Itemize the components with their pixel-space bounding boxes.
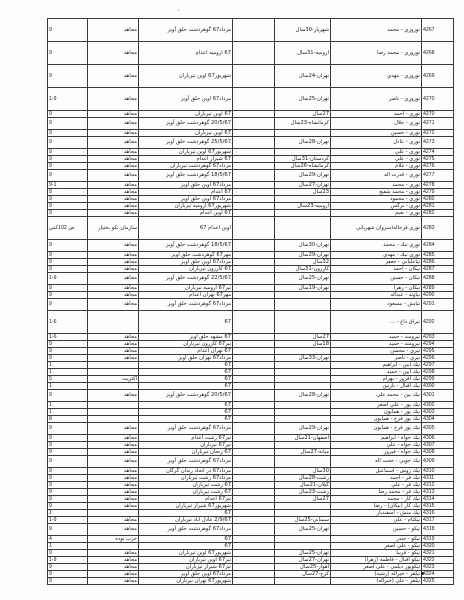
- event-date-place: مرداد67 گوهردشت حلق آويز: [139, 19, 233, 42]
- affiliation: مجاهد: [88, 578, 139, 585]
- event-date-place: تير67 اعدام: [139, 496, 233, 503]
- person-name: نيكو - علي اصغر: [331, 543, 422, 550]
- affiliation: مجاهد: [88, 19, 139, 42]
- event-date-place: 67 رشت تيرباران: [139, 489, 233, 496]
- event-date-place: مرداد67 اوين حلق آويز: [139, 259, 233, 266]
- person-name: نيك بين - محمد علي: [331, 390, 422, 402]
- code: 9: [48, 137, 88, 149]
- person-name: نيك پور - علي اصغر: [331, 402, 422, 409]
- person-name: نيكو - حسين: [331, 524, 422, 536]
- person-name: نيك كار - محمد: [331, 496, 422, 503]
- affiliation: مجاهد: [88, 111, 139, 118]
- event-date-place: تير67 كازرون تيرباران: [139, 341, 233, 348]
- affiliation: مجاهد: [88, 88, 139, 111]
- event-date-place: شهريور67 شيراز تيرباران: [139, 503, 233, 510]
- table-row: 4300نيك اقبال - نازنين671: [48, 383, 454, 390]
- blank-cell: [233, 503, 275, 510]
- person-name: نيري - ناصر: [331, 355, 422, 362]
- code: 9: [48, 240, 88, 252]
- row-number: 4312: [422, 482, 454, 489]
- row-number: 4278: [422, 182, 454, 189]
- affiliation: [88, 416, 139, 423]
- affiliation: مجاهد: [88, 163, 139, 170]
- person-name: نيك پور فرخ - همايون: [331, 423, 422, 435]
- affiliation: مجاهد: [88, 65, 139, 88]
- event-date-place: 67: [139, 510, 233, 517]
- ledger-table: 4267نوروزي - محمدشهريار-30سالمرداد67 گوه…: [47, 18, 454, 585]
- affiliation: [88, 409, 139, 416]
- person-name: نيك پور فرخ - همايون: [331, 416, 422, 423]
- event-date-place: مرداد67 گوهردشت حلق آويز: [139, 299, 233, 311]
- row-number: 4315: [422, 503, 454, 510]
- row-number: 4321: [422, 550, 454, 557]
- scan-speck: [178, 10, 179, 11]
- table-row: 4277نوري - قدرت الهتهران-29سال18/5/67 گو…: [48, 170, 454, 182]
- affiliation: مجاهد: [88, 118, 139, 130]
- birthplace-age: تهران-25سال: [275, 88, 331, 111]
- affiliation: مجاهد: [88, 442, 139, 449]
- person-name: نيلفر - خيراله (رشيد): [331, 571, 422, 578]
- affiliation: مجاهد: [88, 524, 139, 536]
- event-date-place: تير67 رشت اعدام: [139, 435, 233, 442]
- blank-cell: [233, 348, 275, 355]
- affiliation: مجاهد: [88, 468, 139, 475]
- code: 1: [48, 362, 88, 369]
- blank-cell: [233, 299, 275, 311]
- affiliation: مجاهد: [88, 355, 139, 362]
- row-number: 4285: [422, 252, 454, 259]
- blank-cell: [233, 578, 275, 585]
- blank-cell: [233, 311, 275, 334]
- birthplace-age: 18سال: [275, 341, 331, 348]
- row-number: 4307: [422, 442, 454, 449]
- row-number: 4294: [422, 341, 454, 348]
- affiliation: مجاهد: [88, 252, 139, 259]
- ledger-rows: 4267نوروزي - محمدشهريار-30سالمرداد67 گوه…: [48, 19, 454, 585]
- row-number: 4280: [422, 196, 454, 203]
- blank-cell: [233, 252, 275, 259]
- code: 9: [48, 259, 88, 266]
- person-name: نوري - غلام: [331, 163, 422, 170]
- birthplace-age: 27سال: [275, 496, 331, 503]
- affiliation: مجاهد: [88, 503, 139, 510]
- blank-cell: [233, 571, 275, 578]
- code: 9: [48, 111, 88, 118]
- affiliation: مجاهد: [88, 496, 139, 503]
- person-name: نياعلياني - جعفر: [331, 259, 422, 266]
- row-number: 4292: [422, 311, 454, 334]
- event-date-place: 67 شيراز اعدام: [139, 156, 233, 163]
- row-number: 4286: [422, 259, 454, 266]
- person-name: نيك خواه - ابراهيم: [331, 435, 422, 442]
- blank-cell: [233, 376, 275, 383]
- table-row: 4323نيكوپور ديلمي - علي اصغراهواز-25سالت…: [48, 564, 454, 571]
- row-number: 4299: [422, 376, 454, 383]
- code: 9: [48, 571, 88, 578]
- code: ص 102كس: [48, 217, 88, 240]
- birthplace-age: گيلان-21سال: [275, 482, 331, 489]
- row-number: 4268: [422, 42, 454, 65]
- row-number: 4324: [422, 571, 454, 578]
- birthplace-age: [275, 196, 331, 203]
- event-date-place: 67: [139, 416, 233, 423]
- person-name: نوروزي - محمد: [331, 19, 422, 42]
- row-number: 4301: [422, 390, 454, 402]
- person-name: نيكو - فريبا: [331, 550, 422, 557]
- affiliation: مجاهد: [88, 334, 139, 341]
- code: 9: [48, 285, 88, 292]
- row-number: 4308: [422, 449, 454, 456]
- table-row: 4291نيايش - مسعودمرداد67 گوهردشت حلق آوي…: [48, 299, 454, 311]
- affiliation: مجاهد: [88, 130, 139, 137]
- event-date-place: 67 اعدام: [139, 189, 233, 196]
- code: 1: [48, 409, 88, 416]
- person-name: نيك آيين - ابراهيم: [331, 362, 422, 369]
- page-mark: [421, 572, 424, 575]
- code: 1: [48, 543, 88, 550]
- birthplace-age: تهران-30سال: [275, 240, 331, 252]
- affiliation: مجاهد: [88, 203, 139, 210]
- blank-cell: [233, 536, 275, 543]
- birthplace-age: تهران-33سال: [275, 355, 331, 362]
- table-row: 4285نوري نيك - مهديتهران-29سالمهر67 گوهر…: [48, 252, 454, 259]
- blank-cell: [233, 334, 275, 341]
- affiliation: مجاهد: [88, 137, 139, 149]
- event-date-place: تير67 اروميه تيرباران: [139, 285, 233, 292]
- row-number: 4313: [422, 489, 454, 496]
- table-row: 4305نيك پور فرخ - همايونتهران-29سالمرداد…: [48, 423, 454, 435]
- row-number: 4271: [422, 118, 454, 130]
- event-date-place: شهريور67 تهران تيرباران: [139, 578, 233, 585]
- person-name: نيك منش - اسفنديار: [331, 510, 422, 517]
- table-row: 4287نيكان - احمدكازرون-31سال67 كازرون تي…: [48, 266, 454, 273]
- birthplace-age: تهران-28سال: [275, 390, 331, 402]
- row-number: 4284: [422, 240, 454, 252]
- birthplace-age: [275, 299, 331, 311]
- blank-cell: [233, 196, 275, 203]
- birthplace-age: [275, 416, 331, 423]
- affiliation: حزب توده: [88, 536, 139, 543]
- birthplace-age: 27سال: [275, 334, 331, 341]
- event-date-place: مرداد67 اوين حلق آويز: [139, 571, 233, 578]
- blank-cell: [233, 489, 275, 496]
- table-row: 4306نيك خواه - ابراهيماصفهان-21سالتير67 …: [48, 435, 454, 442]
- blank-cell: [233, 369, 275, 376]
- row-number: 4289: [422, 285, 454, 292]
- person-name: نوروزي - ناصر: [331, 88, 422, 111]
- row-number: 4273: [422, 137, 454, 149]
- affiliation: [88, 402, 139, 409]
- row-number: 4302: [422, 402, 454, 409]
- row-number: 4318: [422, 524, 454, 536]
- code: 9: [48, 423, 88, 435]
- blank-cell: [233, 564, 275, 571]
- event-date-place: شهريور67 اوين تيرباران: [139, 149, 233, 156]
- table-row: 4299نيك افروز - بهرام67اكثريت5: [48, 376, 454, 383]
- person-name: نيك آيين - حميد: [331, 369, 422, 376]
- affiliation: [88, 362, 139, 369]
- blank-cell: [233, 170, 275, 182]
- event-date-place: تير67 اوين تيرباران: [139, 557, 233, 564]
- affiliation: مجاهد: [88, 423, 139, 435]
- person-name: نيك اقبال - نازنين: [331, 383, 422, 390]
- row-number: 4300: [422, 383, 454, 390]
- code: 9: [48, 252, 88, 259]
- row-number: 4298: [422, 369, 454, 376]
- code: 1-6: [48, 311, 88, 334]
- blank-cell: [233, 423, 275, 435]
- person-name: نياوند - عبداله: [331, 292, 422, 299]
- blank-cell: [233, 19, 275, 42]
- row-number: 4303: [422, 409, 454, 416]
- row-number: 4304: [422, 416, 454, 423]
- code: 9: [48, 524, 88, 536]
- blank-cell: [233, 189, 275, 196]
- row-number: 4276: [422, 163, 454, 170]
- person-name: نيك افروز - بهرام: [331, 376, 422, 383]
- blank-cell: [233, 273, 275, 285]
- affiliation: مجاهد: [88, 210, 139, 217]
- code: 9: [48, 578, 88, 585]
- row-number: 4297: [422, 362, 454, 369]
- person-name: نوري - نعيم: [331, 210, 422, 217]
- table-row: 4276نوري - غلامكرمانشاه-26سالمرداد67 گوه…: [48, 163, 454, 170]
- blank-cell: [233, 156, 275, 163]
- code: 9: [48, 456, 88, 468]
- blank-cell: [233, 557, 275, 564]
- code: 9: [48, 355, 88, 362]
- birthplace-age: كردستان-31سال: [275, 156, 331, 163]
- code: 9: [48, 292, 88, 299]
- event-date-place: 2/9/67 عادل آباد تيرباران: [139, 517, 233, 524]
- person-name: نيك روش - اسماعيل: [331, 468, 422, 475]
- code: 9: [48, 163, 88, 170]
- event-date-place: مرداد67 گوهردشت تيرباران: [139, 163, 233, 170]
- blank-cell: [233, 118, 275, 130]
- row-number: 4322: [422, 557, 454, 564]
- blank-cell: [233, 203, 275, 210]
- event-date-place: مهر67 گوهردشت حلق آويز: [139, 252, 233, 259]
- person-name: نوري - محمد: [331, 182, 422, 189]
- code: 9: [48, 475, 88, 482]
- event-date-place: مهر67 تهران اعدام: [139, 292, 233, 299]
- row-number: 4295: [422, 348, 454, 355]
- event-date-place: 67 تهران اعدام: [139, 348, 233, 355]
- code: 9: [48, 196, 88, 203]
- table-row: 4269نوروزي - مهديتهران-24سالشهريور67 اوي…: [48, 65, 454, 88]
- row-number: 4290: [422, 292, 454, 299]
- person-name: نوري - عادل: [331, 137, 422, 149]
- table-row: 4282نوري - نعيم67 اوين اعداممجاهد9: [48, 210, 454, 217]
- table-row: 4279نوري - محمد شفيع23سال67 اعداممجاهد9: [48, 189, 454, 196]
- affiliation: مجاهد: [88, 266, 139, 273]
- code: 9: [48, 468, 88, 475]
- event-date-place: 67: [139, 311, 233, 334]
- row-number: 4305: [422, 423, 454, 435]
- row-number: 4291: [422, 299, 454, 311]
- birthplace-age: اصفهان-21سال: [275, 435, 331, 442]
- table-row: 4311نيك فر - احمدرشت-28سالمرداد67 رشت تي…: [48, 475, 454, 482]
- row-number: 4309: [422, 456, 454, 468]
- birthplace-age: رشت-23سال: [275, 489, 331, 496]
- event-date-place: 67 زنجان تيرباران: [139, 449, 233, 456]
- code: 9: [48, 550, 88, 557]
- person-name: نوري - جلال: [331, 118, 422, 130]
- event-date-place: 18/5/67 گوهردشت حلق آويز: [139, 240, 233, 252]
- blank-cell: [233, 456, 275, 468]
- affiliation: مجاهد: [88, 149, 139, 156]
- code: 9: [48, 19, 88, 42]
- person-name: نوري - علي: [331, 149, 422, 156]
- blank-cell: [233, 42, 275, 65]
- code: 9: [48, 266, 88, 273]
- birthplace-age: 32سال: [275, 259, 331, 266]
- row-number: 4277: [422, 170, 454, 182]
- code: 9: [48, 564, 88, 571]
- table-row: 4294نيرومند - حميد18سالتير67 كازرون تيرب…: [48, 341, 454, 348]
- person-name: نيكان - زهرا: [331, 285, 422, 292]
- affiliation: مجاهد: [88, 348, 139, 355]
- code: 9: [48, 341, 88, 348]
- row-number: 4319: [422, 536, 454, 543]
- person-name: نيك خواه - علي: [331, 442, 422, 449]
- affiliation: مجاهد: [88, 170, 139, 182]
- event-date-place: 67: [139, 409, 233, 416]
- row-number: 4325: [422, 578, 454, 585]
- blank-cell: [233, 482, 275, 489]
- event-date-place: شهريور67 اوين تيرباران: [139, 65, 233, 88]
- table-row: 4316نيك منش - اسفنديار671: [48, 510, 454, 517]
- affiliation: [88, 510, 139, 517]
- birthplace-age: [275, 376, 331, 383]
- code: 9-1: [48, 182, 88, 189]
- table-row: 4309نيك خويي - حجت الهمرداد67 گوهردشت حل…: [48, 456, 454, 468]
- birthplace-age: تهران-27سال: [275, 182, 331, 189]
- birthplace-age: 23سال: [275, 189, 331, 196]
- table-row: 4275نوري - عليكردستان-31سال67 شيراز اعدا…: [48, 156, 454, 163]
- person-name: نوري فرجاله(سروان شهرباني: [331, 217, 422, 240]
- code: 1: [48, 510, 88, 517]
- affiliation: مجاهد: [88, 240, 139, 252]
- birthplace-age: [275, 409, 331, 416]
- blank-cell: [233, 524, 275, 536]
- code: 9: [48, 203, 88, 210]
- blank-cell: [233, 259, 275, 266]
- code: 1: [48, 402, 88, 409]
- blank-cell: [233, 510, 275, 517]
- table-row: 4278نوري - محمدتهران-27سالمرداد67 اوين ح…: [48, 182, 454, 189]
- table-row: 4293نيرومند - حميد27سال67 مشهد حلق آويزم…: [48, 334, 454, 341]
- event-date-place: مرداد67 اوين حلق آويز: [139, 88, 233, 111]
- birthplace-age: [275, 543, 331, 550]
- row-number: 4282: [422, 210, 454, 217]
- event-date-place: 20/5/67 گوهردشت حلق آويز: [139, 118, 233, 130]
- affiliation: اكثريت: [88, 376, 139, 383]
- event-date-place: مرداد67 تهران حلق آويز: [139, 355, 233, 362]
- table-row: 4304نيك پور فرخ - همايون678: [48, 416, 454, 423]
- table-row: 4270نوري - احمد27سال67 اوين تيربارانمجاه…: [48, 111, 454, 118]
- birthplace-age: [275, 210, 331, 217]
- affiliation: [88, 369, 139, 376]
- row-number: 4267: [422, 19, 454, 42]
- code: 9: [48, 65, 88, 88]
- table-row: 4297نيك آيين - ابراهيم671: [48, 362, 454, 369]
- row-number: 4310: [422, 468, 454, 475]
- table-row: 4272نوري - حسين67 اوين تيربارانمجاهد9: [48, 130, 454, 137]
- table-row: 4295نيري - محسن67 تهران اعداممجاهد9: [48, 348, 454, 355]
- code: 1-9: [48, 557, 88, 564]
- event-date-place: 67: [139, 376, 233, 383]
- person-name: نوري - نرگس: [331, 203, 422, 210]
- affiliation: مجاهد: [88, 189, 139, 196]
- birthplace-age: [275, 292, 331, 299]
- code: 8: [48, 416, 88, 423]
- event-date-place: 22/5/67 گوهردشت حلق آويز: [139, 273, 233, 285]
- birthplace-age: تهران-19سال: [275, 285, 331, 292]
- blank-cell: [233, 111, 275, 118]
- code: 9: [48, 299, 88, 311]
- blank-cell: [233, 210, 275, 217]
- event-date-place: 67 كازرون تيرباران: [139, 266, 233, 273]
- blank-cell: [233, 517, 275, 524]
- blank-cell: [233, 149, 275, 156]
- row-number: 4272: [422, 130, 454, 137]
- person-name: نوري نيك - مهدي: [331, 252, 422, 259]
- code: 9: [48, 156, 88, 163]
- code: 9: [48, 442, 88, 449]
- person-name: نيكو اقبال - فاطمه (زهرا): [331, 557, 422, 564]
- person-name: نيلفر - علي (خيراله): [331, 578, 422, 585]
- table-row: 4284نوري نيك - محمدتهران-30سال18/5/67 گو…: [48, 240, 454, 252]
- birthplace-age: كرمانشاه-26سال: [275, 163, 331, 170]
- person-name: نيري - محسن: [331, 348, 422, 355]
- code: 9: [48, 482, 88, 489]
- birthplace-age: تهران-28سال: [275, 137, 331, 149]
- blank-cell: [233, 285, 275, 292]
- event-date-place: 67: [139, 402, 233, 409]
- affiliation: مجاهد: [88, 182, 139, 189]
- table-row: 4313نيك فر - محمد رضارشت-23سال67 رشت تير…: [48, 489, 454, 496]
- affiliation: مجاهد: [88, 42, 139, 65]
- person-name: نيكان - حسين: [331, 273, 422, 285]
- event-date-place: 67 اوين تيرباران: [139, 130, 233, 137]
- birthplace-age: [275, 510, 331, 517]
- table-row: 4317نيكنام - عليسمناني-25سال2/9/67 عادل …: [48, 517, 454, 524]
- birthplace-age: [275, 311, 331, 334]
- event-date-place: 20/5/67 گوهردشت حلق آويز: [139, 390, 233, 402]
- affiliation: مجاهد: [88, 259, 139, 266]
- table-row: 4310نيك روش - اسماعيل30سالمرداد67 در اتح…: [48, 468, 454, 475]
- row-number: 4316: [422, 510, 454, 517]
- table-row: 4270نوروزي - ناصرتهران-25سالمرداد67 اوين…: [48, 88, 454, 111]
- event-date-place: مرداد67 گوهردشت حلق آويز: [139, 423, 233, 435]
- code: 1-9: [48, 88, 88, 111]
- birthplace-age: تهران-24سال: [275, 65, 331, 88]
- blank-cell: [233, 137, 275, 149]
- table-row: 4283نوري فرجاله(سروان شهربانياوين اعدام …: [48, 217, 454, 240]
- table-row: 4320نيكو - علي اصغر671: [48, 543, 454, 550]
- table-row: 4325نيلفر - علي (خيراله)شهريور67 تهران ت…: [48, 578, 454, 585]
- blank-cell: [233, 543, 275, 550]
- birthplace-age: تهران-29سال: [275, 252, 331, 259]
- event-date-place: 67: [139, 369, 233, 376]
- event-date-place: 67 اوين تيرباران: [139, 111, 233, 118]
- row-number: 4320: [422, 543, 454, 550]
- blank-cell: [233, 449, 275, 456]
- row-number: 4296: [422, 355, 454, 362]
- birthplace-age: [275, 362, 331, 369]
- person-name: نيايش - مسعود: [331, 299, 422, 311]
